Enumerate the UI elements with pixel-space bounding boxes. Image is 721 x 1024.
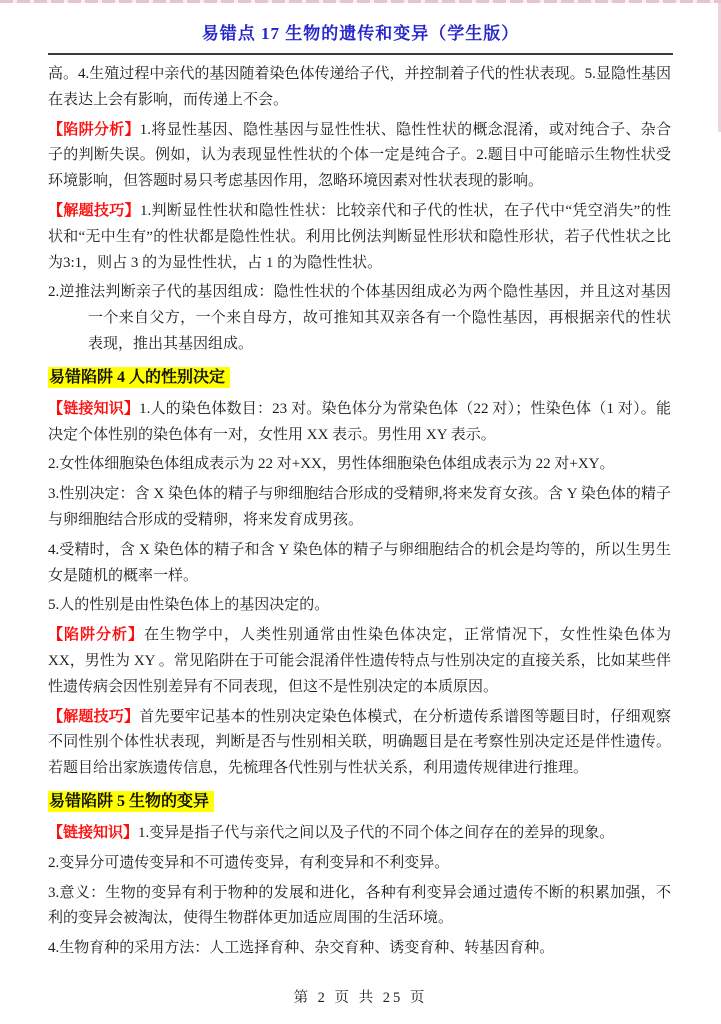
paragraph-text: 2.逆推法判断亲子代的基因组成：隐性性状的个体基因组成必为两个隐性基因，并且这对… — [48, 284, 671, 352]
bracket-label: 【解题技巧】 — [48, 709, 139, 725]
paragraph-text: 2.变异分可遗传变异和不可遗传变异，有利变异和不利变异。 — [48, 855, 449, 871]
paragraph: 3.性别决定：含 X 染色体的精子与卵细胞结合形成的受精卵,将来发育女孩。含 Y… — [48, 482, 671, 534]
paragraph-text: 2.女性体细胞染色体组成表示为 22 对+XX，男性体细胞染色体组成表示为 22… — [48, 456, 615, 472]
paragraph: 2.逆推法判断亲子代的基因组成：隐性性状的个体基因组成必为两个隐性基因，并且这对… — [48, 280, 671, 357]
document-page: 易错点 17 生物的遗传和变异（学生版） 高。4.生殖过程中亲代的基因随着染色体… — [0, 0, 721, 1024]
paragraph: 5.人的性别是由性染色体上的基因决定的。 — [48, 593, 671, 619]
paragraph-text: 高。4.生殖过程中亲代的基因随着染色体传递给子代，并控制着子代的性状表现。5.显… — [48, 66, 671, 108]
paragraph: 【链接知识】1.人的染色体数目：23 对。染色体分为常染色体（22 对）；性染色… — [48, 397, 671, 449]
document-body: 高。4.生殖过程中亲代的基因随着染色体传递给子代，并控制着子代的性状表现。5.显… — [48, 62, 671, 962]
section-heading-highlight: 易错陷阱 5 生物的变异 — [48, 791, 214, 812]
section-heading: 易错陷阱 5 生物的变异 — [48, 789, 671, 815]
page-top-border — [0, 0, 721, 3]
page-title: 易错点 17 生物的遗传和变异（学生版） — [48, 19, 673, 44]
paragraph: 3.意义：生物的变异有利于物种的发展和进化，各种有利变异会通过遗传不断的积累加强… — [48, 881, 671, 933]
paragraph: 高。4.生殖过程中亲代的基因随着染色体传递给子代，并控制着子代的性状表现。5.显… — [48, 62, 671, 114]
paragraph-text: 3.意义：生物的变异有利于物种的发展和进化，各种有利变异会通过遗传不断的积累加强… — [48, 885, 671, 927]
paragraph-text: 4.受精时，含 X 染色体的精子和含 Y 染色体的精子与卵细胞结合的机会是均等的… — [48, 542, 671, 584]
paragraph: 【解题技巧】首先要牢记基本的性别决定染色体模式，在分析遗传系谱图等题目时，仔细观… — [48, 705, 671, 782]
bracket-label: 【解题技巧】 — [48, 203, 140, 219]
paragraph-text: 3.性别决定：含 X 染色体的精子与卵细胞结合形成的受精卵,将来发育女孩。含 Y… — [48, 486, 671, 528]
paragraph-text: 1.变异是指子代与亲代之间以及子代的不同个体之间存在的差异的现象。 — [138, 825, 614, 841]
section-heading: 易错陷阱 4 人的性别决定 — [48, 365, 671, 391]
bracket-label: 【链接知识】 — [48, 401, 139, 417]
paragraph: 2.变异分可遗传变异和不可遗传变异，有利变异和不利变异。 — [48, 851, 671, 877]
section-heading-highlight: 易错陷阱 4 人的性别决定 — [48, 367, 230, 388]
bracket-label: 【链接知识】 — [48, 825, 138, 841]
paragraph: 【陷阱分析】1.将显性基因、隐性基因与显性性状、隐性性状的概念混淆，或对纯合子、… — [48, 118, 671, 195]
paragraph: 4.受精时，含 X 染色体的精子和含 Y 染色体的精子与卵细胞结合的机会是均等的… — [48, 538, 671, 590]
bracket-label: 【陷阱分析】 — [48, 627, 144, 643]
header-rule — [48, 53, 673, 55]
paragraph-text: 5.人的性别是由性染色体上的基因决定的。 — [48, 597, 329, 613]
paragraph-text: 4.生物育种的采用方法：人工选择育种、杂交育种、诱变育种、转基因育种。 — [48, 940, 554, 956]
paragraph-text: 1.人的染色体数目：23 对。染色体分为常染色体（22 对）；性染色体（1 对）… — [48, 401, 671, 443]
page-footer: 第 2 页 共 25 页 — [0, 986, 721, 1007]
document-header: 易错点 17 生物的遗传和变异（学生版） — [0, 0, 721, 55]
paragraph-text: 1.判断显性性状和隐性性状：比较亲代和子代的性状，在子代中“凭空消失”的性状和“… — [48, 203, 671, 271]
paragraph: 【解题技巧】1.判断显性性状和隐性性状：比较亲代和子代的性状，在子代中“凭空消失… — [48, 199, 671, 276]
paragraph: 【陷阱分析】在生物学中，人类性别通常由性染色体决定，正常情况下，女性性染色体为 … — [48, 623, 671, 700]
paragraph-text: 1.将显性基因、隐性基因与显性性状、隐性性状的概念混淆，或对纯合子、杂合子的判断… — [48, 122, 671, 190]
paragraph-text: 首先要牢记基本的性别决定染色体模式，在分析遗传系谱图等题目时，仔细观察不同性别个… — [48, 709, 671, 777]
paragraph: 【链接知识】1.变异是指子代与亲代之间以及子代的不同个体之间存在的差异的现象。 — [48, 821, 671, 847]
paragraph: 2.女性体细胞染色体组成表示为 22 对+XX，男性体细胞染色体组成表示为 22… — [48, 452, 671, 478]
paragraph: 4.生物育种的采用方法：人工选择育种、杂交育种、诱变育种、转基因育种。 — [48, 936, 671, 962]
bracket-label: 【陷阱分析】 — [48, 122, 140, 138]
